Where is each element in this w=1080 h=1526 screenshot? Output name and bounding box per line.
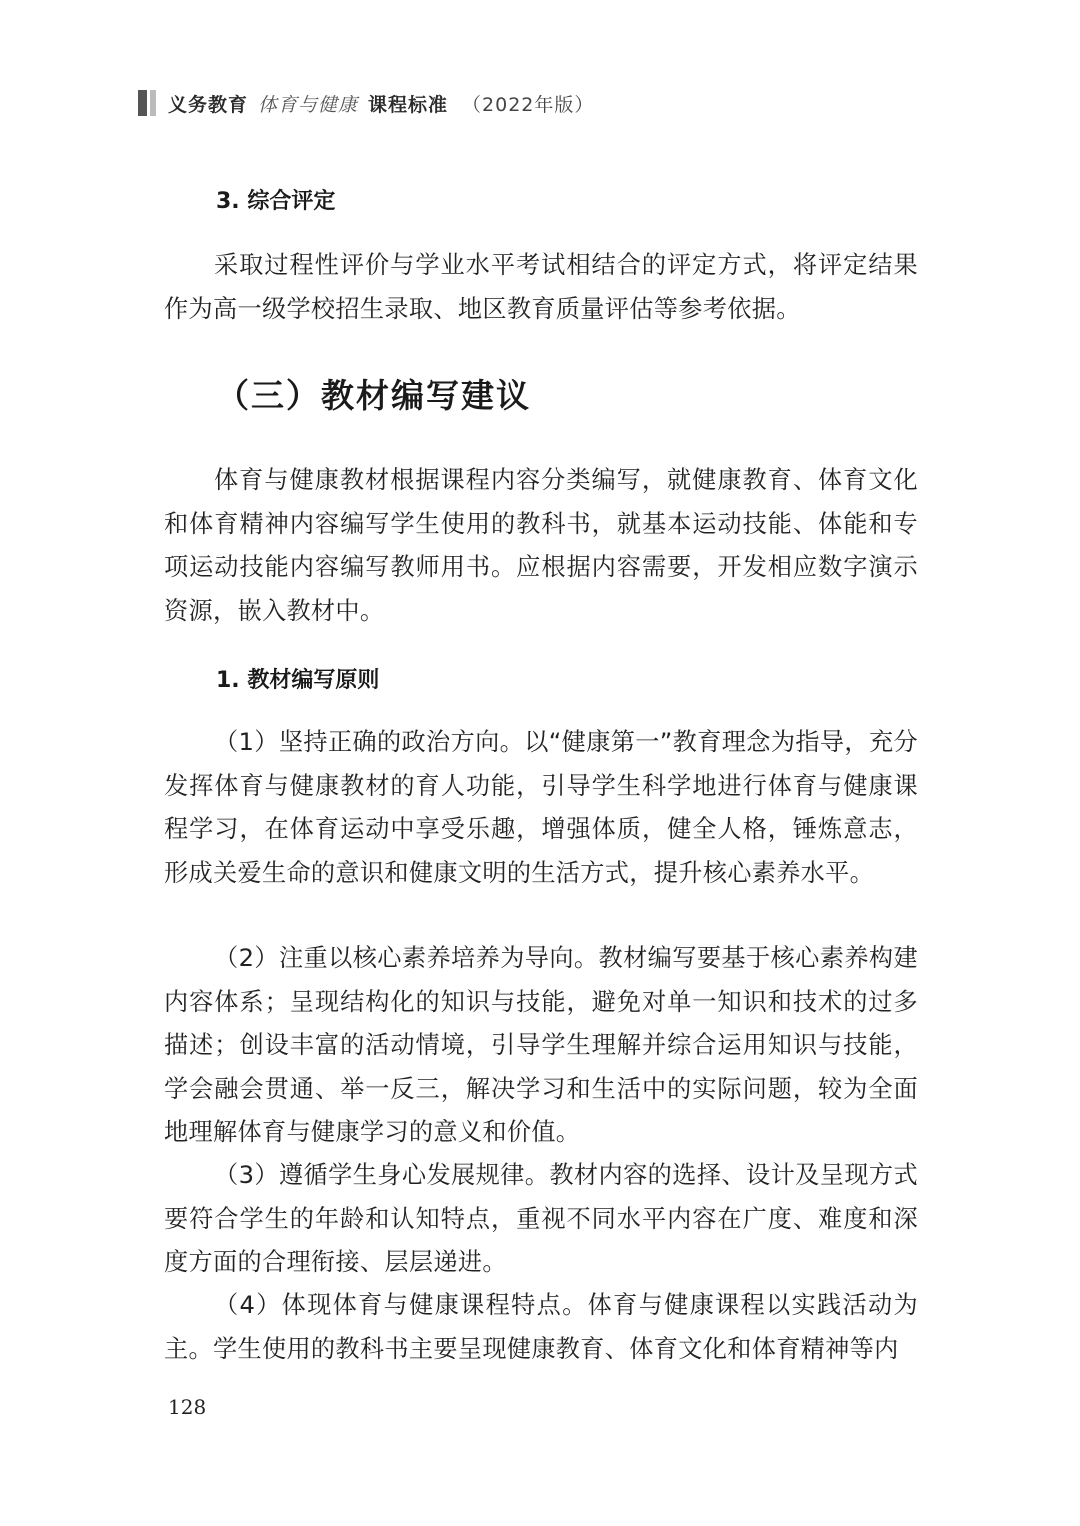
principle-item-1: （1）坚持正确的政治方向。以“健康第一”教育理念为指导，充分发挥体育与健康教材的… [164, 721, 918, 895]
principle-item-2: （2）注重以核心素养培养为导向。教材编写要基于核心素养构建内容体系；呈现结构化的… [164, 937, 918, 1155]
section-heading-writing-principles: 1. 教材编写原则 [216, 663, 379, 694]
header-subject: 体育与健康 [258, 90, 358, 117]
page-number: 128 [168, 1395, 206, 1419]
header-bar-mark-light [150, 90, 156, 116]
paragraph-textbook-intro: 体育与健康教材根据课程内容分类编写，就健康教育、体育文化和体育精神内容编写学生使… [164, 459, 918, 633]
header-edition: （2022年版） [462, 90, 594, 117]
section-heading-comprehensive-evaluation: 3. 综合评定 [216, 184, 335, 215]
chapter-heading-textbook-writing: （三）教材编写建议 [216, 370, 531, 417]
running-header: 义务教育 体育与健康 课程标准 （2022年版） [138, 88, 594, 118]
header-prefix: 义务教育 [168, 90, 248, 117]
header-suffix: 课程标准 [368, 90, 448, 117]
principle-item-4: （4）体现体育与健康课程特点。体育与健康课程以实践活动为主。学生使用的教科书主要… [164, 1284, 918, 1371]
principle-item-3: （3）遵循学生身心发展规律。教材内容的选择、设计及呈现方式要符合学生的年龄和认知… [164, 1154, 918, 1285]
paragraph-comprehensive-evaluation: 采取过程性评价与学业水平考试相结合的评定方式，将评定结果作为高一级学校招生录取、… [164, 244, 918, 331]
header-bar-mark [138, 90, 147, 116]
